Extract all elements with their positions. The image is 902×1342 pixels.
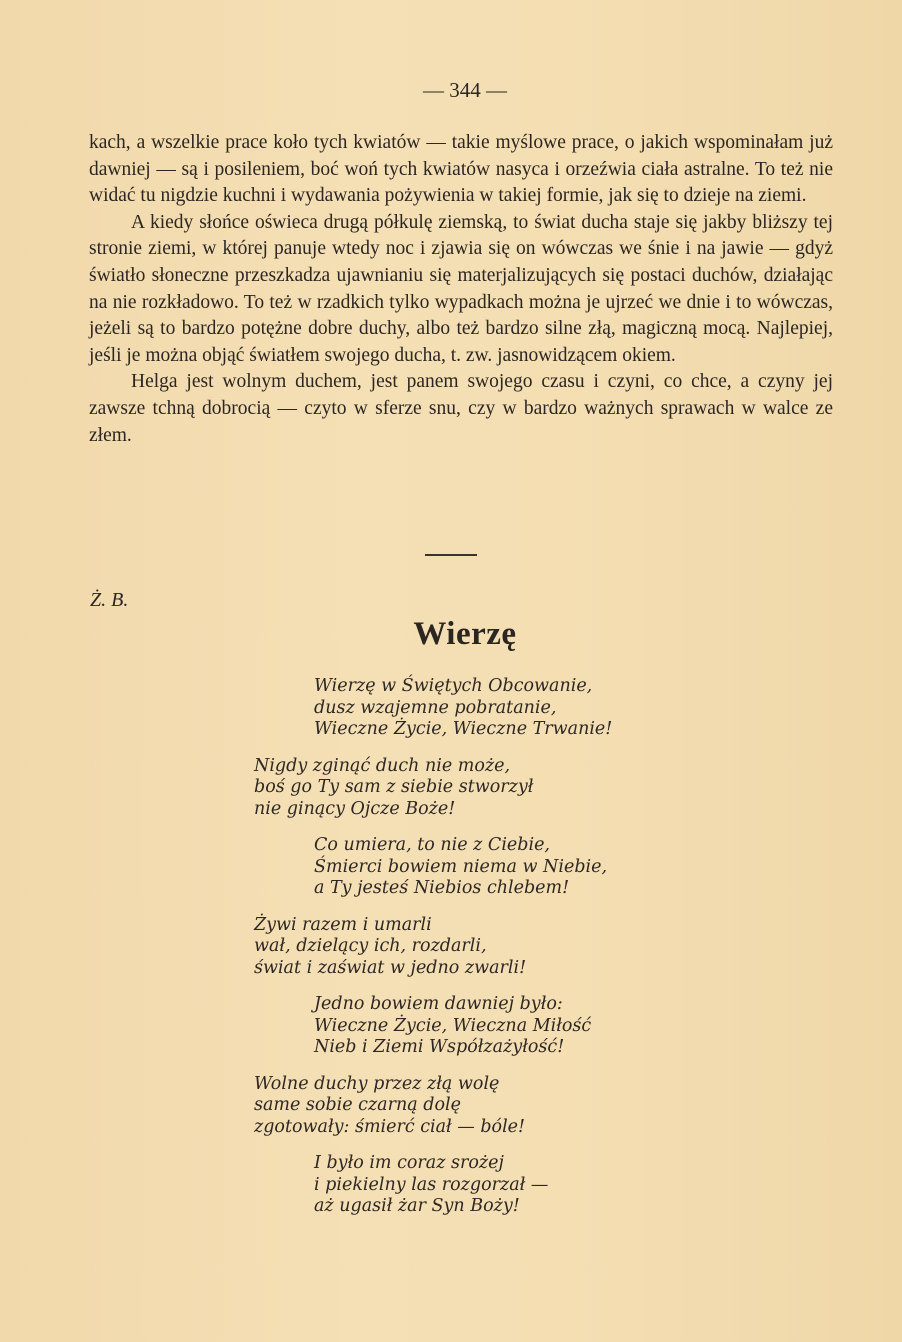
stanza-2: Nigdy zginąć duch nie może, boś go Ty sa… xyxy=(254,756,612,821)
poem-line: Wieczne Życie, Wieczne Trwanie! xyxy=(314,719,612,741)
paragraph-sun-spirit-world: A kiedy słońce oświeca drugą półkulę zie… xyxy=(89,210,833,370)
poem-line: zgotowały: śmierć ciał — bóle! xyxy=(254,1117,612,1139)
poem-line: wał, dzielący ich, rozdarli, xyxy=(254,936,612,958)
poem-line: Co umiera, to nie z Ciebie, xyxy=(314,835,612,857)
poem-body: Wierzę w Świętych Obcowanie, dusz wzajem… xyxy=(254,676,612,1233)
poem-line: i piekielny las rozgorzał — xyxy=(314,1175,612,1197)
poem-line: Wolne duchy przez złą wolę xyxy=(254,1074,612,1096)
poem-line: Wieczne Życie, Wieczna Miłość xyxy=(314,1016,612,1038)
poem-line: I było im coraz srożej xyxy=(314,1153,612,1175)
poem-line: dusz wzajemne pobratanie, xyxy=(314,698,612,720)
author-signature: Ż. B. xyxy=(90,589,128,612)
stanza-6: Wolne duchy przez złą wolę same sobie cz… xyxy=(254,1074,612,1139)
poem-line: Śmierci bowiem niema w Niebie, xyxy=(314,857,612,879)
prose-body: kach, a wszelkie prace koło tych kwiatów… xyxy=(89,130,833,449)
stanza-1: Wierzę w Świętych Obcowanie, dusz wzajem… xyxy=(314,676,612,741)
poem-line: Wierzę w Świętych Obcowanie, xyxy=(314,676,612,698)
poem-line: świat i zaświat w jedno zwarli! xyxy=(254,958,612,980)
poem-line: Jedno bowiem dawniej było: xyxy=(314,994,612,1016)
stanza-3: Co umiera, to nie z Ciebie, Śmierci bowi… xyxy=(314,835,612,900)
poem-line: nie ginący Ojcze Boże! xyxy=(254,799,612,821)
stanza-4: Żywi razem i umarli wał, dzielący ich, r… xyxy=(254,915,612,980)
paragraph-continuation: kach, a wszelkie prace koło tych kwiatów… xyxy=(89,130,833,210)
poem-line: boś go Ty sam z siebie stworzył xyxy=(254,777,612,799)
poem-line: aż ugasił żar Syn Boży! xyxy=(314,1196,612,1218)
poem-line: Nieb i Ziemi Współzażyłość! xyxy=(314,1037,612,1059)
stanza-7: I było im coraz srożej i piekielny las r… xyxy=(314,1153,612,1218)
poem-title: Wierzę xyxy=(0,616,902,653)
poem-line: Żywi razem i umarli xyxy=(254,915,612,937)
stanza-5: Jedno bowiem dawniej było: Wieczne Życie… xyxy=(314,994,612,1059)
page-number: — 344 — xyxy=(0,78,902,103)
poem-line: same sobie czarną dolę xyxy=(254,1095,612,1117)
poem-line: Nigdy zginąć duch nie może, xyxy=(254,756,612,778)
poem-line: a Ty jesteś Niebios chlebem! xyxy=(314,878,612,900)
section-divider xyxy=(425,554,477,556)
paragraph-helga: Helga jest wolnym duchem, jest panem swo… xyxy=(89,369,833,449)
